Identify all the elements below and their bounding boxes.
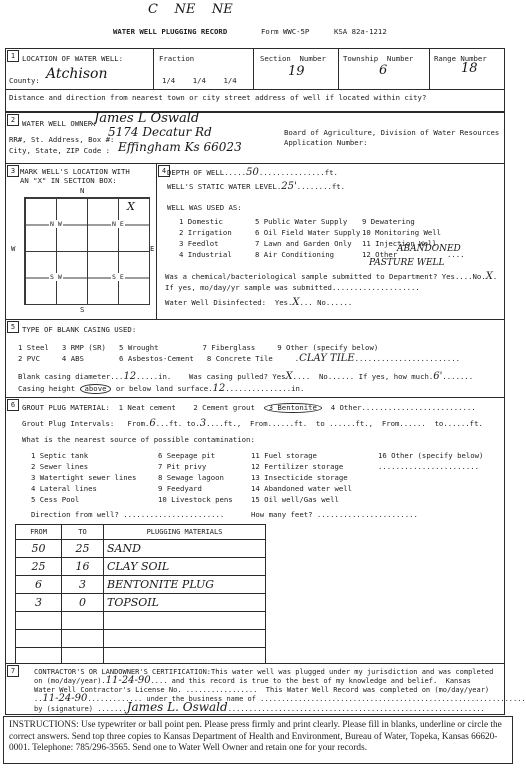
grout-material-line: GROUT PLUG MATERIAL: 1 Neat cement 2 Cem… bbox=[22, 403, 476, 413]
section-1-heading: LOCATION OF WATER WELL: bbox=[22, 54, 123, 63]
intervals-end: ....ft., From......ft. to ......ft., Fro… bbox=[206, 419, 483, 428]
instructions-box: INSTRUCTIONS: Use typewriter or ball poi… bbox=[3, 716, 513, 764]
table-row: 5025SAND bbox=[16, 540, 266, 558]
used-as-heading: WELL WAS USED AS: bbox=[167, 203, 242, 212]
divider bbox=[253, 49, 254, 89]
how-many-feet-label: How many feet? ....................... bbox=[251, 510, 418, 519]
sample-date-line: If yes, mo/day/yr sample was submitted..… bbox=[165, 283, 420, 292]
table-row: 63BENTONITE PLUG bbox=[16, 576, 266, 594]
from-cell bbox=[16, 612, 62, 630]
grid-southeast-label: S E bbox=[111, 273, 125, 281]
height-label-mid: or below land surface. bbox=[111, 384, 212, 393]
range-number-field: 18 bbox=[461, 61, 478, 76]
used-as-option: 3 Feedlot bbox=[179, 239, 219, 248]
material-cell bbox=[104, 630, 266, 648]
intervals-label: Grout Plug Intervals: From. bbox=[22, 419, 149, 428]
pulled-dots: ....... bbox=[442, 372, 473, 381]
contamination-question: What is the nearest source of possible c… bbox=[22, 435, 255, 444]
contamination-option: 8 Sewage lagoon bbox=[158, 473, 224, 482]
agency-line1: Board of Agriculture, Division of Water … bbox=[284, 128, 499, 137]
grout-material-other: 4 Other.......................... bbox=[322, 403, 476, 412]
casing-options-row2: 2 PVC 4 ABS 6 Asbestos-Cement 8 Concrete… bbox=[18, 354, 460, 363]
certification-line4: ..11-24-90............. under the busine… bbox=[34, 695, 526, 704]
county-field: Atchison bbox=[46, 66, 107, 82]
sample-question: Was a chemical/bacteriological sample su… bbox=[165, 272, 486, 281]
section-2-owner: 2 WATER WELL OWNER: RR#, St. Address, Bo… bbox=[5, 112, 505, 164]
static-level-value: 25' bbox=[281, 184, 296, 190]
section-1-number: 1 bbox=[7, 50, 19, 62]
from-cell: 50 bbox=[16, 540, 62, 558]
water-well-plugging-record-page: C NE NE WATER WELL PLUGGING RECORD Form … bbox=[0, 0, 526, 769]
table-row: 2516CLAY SOIL bbox=[16, 558, 266, 576]
material-cell: TOPSOIL bbox=[104, 594, 266, 612]
grout-material-label: GROUT PLUG MATERIAL: 1 Neat cement 2 Cem… bbox=[22, 403, 264, 412]
from-column-header: FROM bbox=[16, 525, 62, 540]
pulled-question: .....in. Was casing pulled? Yes bbox=[136, 372, 285, 381]
material-cell: CLAY SOIL bbox=[104, 558, 266, 576]
section-number-field: 19 bbox=[288, 64, 305, 79]
material-cell: BENTONITE PLUG bbox=[104, 576, 266, 594]
grid-southwest-label: S W bbox=[49, 273, 63, 281]
material-cell: SAND bbox=[104, 540, 266, 558]
instructions-text: INSTRUCTIONS: Use typewriter or ball poi… bbox=[4, 717, 512, 758]
used-as-option: 9 Dewatering bbox=[362, 217, 415, 226]
statute-reference: KSA 82a-1212 bbox=[334, 27, 387, 36]
section-2-number: 2 bbox=[7, 114, 19, 126]
handwritten-top-annotation: C NE NE bbox=[148, 2, 233, 17]
section-7-certification: 7 CONTRACTOR'S OR LANDOWNER'S CERTIFICAT… bbox=[5, 663, 505, 715]
application-number-label: Application Number: bbox=[284, 138, 367, 147]
used-as-option: 7 Lawn and Garden Only bbox=[255, 239, 352, 248]
fraction-label: Fraction bbox=[159, 54, 194, 63]
section-grid: N W N E S W S E X bbox=[24, 197, 150, 305]
used-as-option: 10 Monitoring Well bbox=[362, 228, 441, 237]
distance-question: Distance and direction from nearest town… bbox=[9, 93, 426, 102]
owner-name-field: James L Oswald bbox=[94, 111, 199, 126]
section-7-number: 7 bbox=[7, 665, 19, 677]
section-1-location: 1 LOCATION OF WATER WELL: County: Atchis… bbox=[5, 48, 505, 112]
disinfected-label: Water Well Disinfected: Yes. bbox=[165, 298, 292, 307]
section-3-number: 3 bbox=[7, 165, 19, 177]
used-as-option: 1 Domestic bbox=[179, 217, 223, 226]
casing-diameter-line: Blank casing diameter...12.....in. Was c… bbox=[18, 372, 473, 381]
table-row bbox=[16, 630, 266, 648]
certification-line5: by (signature) .......James L. Oswald...… bbox=[34, 704, 485, 714]
other-use-field-line2: PASTURE WELL bbox=[369, 258, 444, 268]
divider bbox=[153, 49, 154, 89]
compass-north-label: N bbox=[80, 186, 84, 195]
disinfected-line: Water Well Disinfected: Yes.X... No.....… bbox=[165, 298, 352, 307]
disinfected-yes-x-mark: X bbox=[292, 300, 299, 306]
height-value: 12 bbox=[213, 386, 226, 392]
static-level-line: WELL'S STATIC WATER LEVEL.25'........ft. bbox=[167, 182, 345, 191]
casing-height-line: Casing height above or below land surfac… bbox=[18, 384, 304, 394]
depth-dots: ...............ft. bbox=[259, 168, 338, 177]
well-location-x-mark: X bbox=[127, 200, 135, 213]
grid-northwest-label: N W bbox=[49, 220, 63, 228]
direction-from-well-label: Direction from well? ...................… bbox=[31, 510, 224, 519]
city-label: City, State, ZIP Code : bbox=[9, 146, 110, 155]
used-as-option: 2 Irrigation bbox=[179, 228, 232, 237]
section-number-label: Section Number bbox=[260, 54, 326, 63]
to-cell bbox=[62, 612, 104, 630]
divider bbox=[338, 49, 339, 89]
material-cell bbox=[104, 612, 266, 630]
to-cell: 0 bbox=[62, 594, 104, 612]
table-row: 30TOPSOIL bbox=[16, 594, 266, 612]
depth-value: 50 bbox=[246, 170, 259, 176]
to-cell: 25 bbox=[62, 540, 104, 558]
sample-question-end: . bbox=[493, 272, 497, 281]
from-cell bbox=[16, 630, 62, 648]
used-as-option: 8 Air Conditioning bbox=[255, 250, 334, 259]
table-header-row: FROM TO PLUGGING MATERIALS bbox=[16, 525, 266, 540]
record-date-value: 11-24-90 bbox=[42, 696, 87, 702]
static-level-label: WELL'S STATIC WATER LEVEL. bbox=[167, 182, 281, 191]
contamination-option: 1 Septic tank bbox=[31, 451, 88, 460]
grout-bentonite-circled: 3 Bentonite bbox=[264, 403, 322, 413]
compass-south-label: S bbox=[80, 305, 84, 314]
compass-west-label: W bbox=[11, 244, 15, 253]
plugging-materials-table: FROM TO PLUGGING MATERIALS 5025SAND 2516… bbox=[15, 524, 266, 666]
to-cell: 16 bbox=[62, 558, 104, 576]
section-5-heading: TYPE OF BLANK CASING USED: bbox=[22, 325, 136, 334]
from-cell: 25 bbox=[16, 558, 62, 576]
signature-value: James L. Oswald bbox=[127, 704, 228, 710]
height-label: Casing height bbox=[18, 384, 80, 393]
contamination-option: 11 Fuel storage bbox=[251, 451, 317, 460]
section-5-number: 5 bbox=[7, 321, 19, 333]
grid-northeast-label: N E bbox=[111, 220, 125, 228]
divider bbox=[429, 49, 430, 89]
to-cell: 3 bbox=[62, 576, 104, 594]
form-number: Form WWC-5P bbox=[261, 27, 309, 36]
certification-line3: Water Well Contractor's License No. ....… bbox=[34, 686, 489, 695]
section-6-grout: 6 GROUT PLUG MATERIAL: 1 Neat cement 2 C… bbox=[5, 397, 505, 664]
completed-date-label: on (mo/day/year). bbox=[34, 677, 106, 685]
contamination-other-dots: ....................... bbox=[378, 462, 479, 471]
completed-date-value: 11-24-90 bbox=[106, 678, 151, 684]
used-as-option: 4 Industrial bbox=[179, 250, 232, 259]
sample-no-x-mark: X bbox=[486, 274, 493, 280]
owner-label: WATER WELL OWNER: bbox=[22, 119, 97, 128]
casing-other-field: CLAY TILE bbox=[299, 356, 354, 362]
contamination-option: 9 Feedyard bbox=[158, 484, 202, 493]
certification-line2-end: .... and this record is true to the best… bbox=[151, 677, 471, 685]
contamination-option: 7 Pit privy bbox=[158, 462, 206, 471]
contamination-option: 2 Sewer lines bbox=[31, 462, 88, 471]
contamination-option-other: 16 Other (specify below) bbox=[378, 451, 483, 460]
to-column-header: TO bbox=[62, 525, 104, 540]
certification-line2: on (mo/day/year).11-24-90.... and this r… bbox=[34, 677, 471, 686]
certification-line1: CONTRACTOR'S OR LANDOWNER'S CERTIFICATIO… bbox=[34, 668, 493, 677]
diameter-label: Blank casing diameter... bbox=[18, 372, 123, 381]
sample-question-line: Was a chemical/bacteriological sample su… bbox=[165, 272, 497, 281]
from-cell: 3 bbox=[16, 594, 62, 612]
record-date-dots: .. bbox=[34, 695, 42, 703]
form-title: WATER WELL PLUGGING RECORD bbox=[113, 27, 227, 36]
depth-of-well-line: DEPTH OF WELL.....50...............ft. bbox=[167, 168, 338, 177]
township-number-field: 6 bbox=[379, 63, 387, 78]
height-above-circled: above bbox=[80, 384, 112, 394]
casing-other-dots: ........................ bbox=[355, 354, 460, 363]
contamination-option: 4 Lateral lines bbox=[31, 484, 97, 493]
casing-options-row2-text: 2 PVC 4 ABS 6 Asbestos-Cement 8 Concrete… bbox=[18, 354, 299, 363]
contamination-option: 10 Livestock pens bbox=[158, 495, 233, 504]
fraction-values: 1/4 1/4 1/4 bbox=[162, 76, 237, 85]
section-3-location-grid: 3 MARK WELL'S LOCATION WITH AN "X" IN SE… bbox=[5, 163, 157, 320]
contamination-option: 12 Fertilizer storage bbox=[251, 462, 343, 471]
address-field: 5174 Decatur Rd bbox=[108, 125, 212, 139]
divider bbox=[6, 89, 504, 90]
casing-options-row1: 1 Steel 3 RMP (SR) 5 Wrought 7 Fiberglas… bbox=[18, 343, 378, 352]
signature-dots: ........................................… bbox=[228, 705, 485, 713]
pulled-how-much-label: .... No...... If yes, how much. bbox=[293, 372, 434, 381]
contamination-option: 13 Insecticide storage bbox=[251, 473, 348, 482]
address-label: RR#, St. Address, Box #: bbox=[9, 135, 114, 144]
height-dots: ...............in. bbox=[225, 384, 304, 393]
diameter-value: 12 bbox=[123, 374, 136, 380]
used-as-option: 6 Oil Field Water Supply bbox=[255, 228, 360, 237]
section-4-well-info: 4 DEPTH OF WELL.....50...............ft.… bbox=[156, 163, 505, 320]
to-cell bbox=[62, 630, 104, 648]
county-label: County: bbox=[9, 76, 40, 85]
city-state-zip-field: Effingham Ks 66023 bbox=[118, 140, 242, 154]
contamination-option: 6 Seepage pit bbox=[158, 451, 215, 460]
grout-intervals-line: Grout Plug Intervals: From.6...ft. to.3.… bbox=[22, 419, 483, 428]
signature-label: by (signature) ....... bbox=[34, 705, 127, 713]
intervals-mid: ...ft. to. bbox=[156, 419, 200, 428]
contamination-option: 5 Cess Pool bbox=[31, 495, 79, 504]
depth-label: DEPTH OF WELL..... bbox=[167, 168, 246, 177]
section-6-number: 6 bbox=[7, 399, 19, 411]
contamination-option: 3 Watertight sewer lines bbox=[31, 473, 136, 482]
other-use-dots: .... bbox=[447, 250, 465, 259]
used-as-option: 5 Public Water Supply bbox=[255, 217, 347, 226]
contamination-option: 14 Abandoned water well bbox=[251, 484, 352, 493]
compass-east-label: E bbox=[150, 244, 154, 253]
section-3-heading-line2: AN "X" IN SECTION BOX: bbox=[20, 176, 117, 185]
disinfected-line-end: ... No...... bbox=[300, 298, 353, 307]
static-level-dots: ........ft. bbox=[297, 182, 345, 191]
contamination-option: 15 Oil well/Gas well bbox=[251, 495, 339, 504]
table-row bbox=[16, 612, 266, 630]
from-cell: 6 bbox=[16, 576, 62, 594]
pulled-yes-x-mark: X bbox=[286, 374, 293, 380]
materials-column-header: PLUGGING MATERIALS bbox=[104, 525, 266, 540]
section-5-casing: 5 TYPE OF BLANK CASING USED: 1 Steel 3 R… bbox=[5, 319, 505, 398]
